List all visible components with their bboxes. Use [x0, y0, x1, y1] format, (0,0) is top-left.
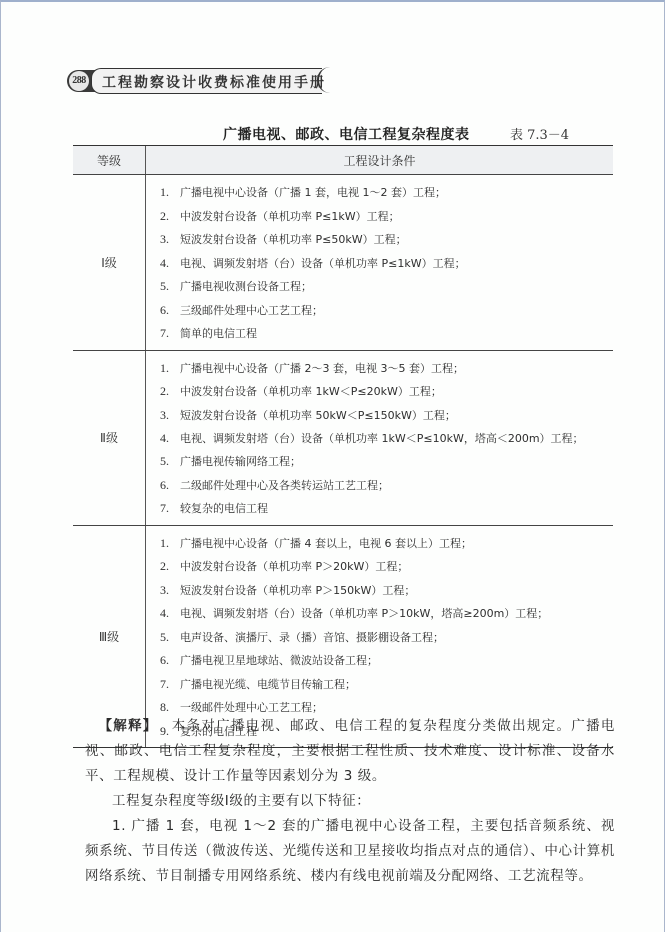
explanation-label: 【解释】 — [99, 718, 158, 734]
list-item: 2.中波发射台设备（单机功率 P＞20kW）工程； — [160, 555, 613, 579]
list-item: 1.广播电视中心设备（广播 4 套以上，电视 6 套以上）工程； — [160, 532, 613, 556]
list-item: 4.电视、调频发射塔（台）设备（单机功率 P≤1kW）工程； — [160, 252, 613, 276]
page-number: 288 — [69, 71, 89, 91]
complexity-table: 等级 工程设计条件 Ⅰ级 1.广播电视中心设备（广播 1 套，电视 1～2 套）… — [73, 145, 613, 748]
page: 288 工程勘察设计收费标准使用手册 广播电视、邮政、电信工程复杂程度表 表 7… — [0, 0, 665, 932]
list-item: 2.中波发射台设备（单机功率 1kW＜P≤20kW）工程； — [160, 380, 613, 404]
running-head: 288 工程勘察设计收费标准使用手册 — [67, 68, 337, 94]
list-item: 7.简单的电信工程 — [160, 322, 613, 346]
list-item: 6.广播电视卫星地球站、微波站设备工程； — [160, 649, 613, 673]
list-item: 6.三级邮件处理中心工艺工程； — [160, 299, 613, 323]
table-title: 广播电视、邮政、电信工程复杂程度表 — [223, 124, 470, 144]
list-item: 3.短波发射台设备（单机功率 P＞150kW）工程； — [160, 579, 613, 603]
list-item: 7.广播电视光缆、电缆节目传输工程； — [160, 673, 613, 697]
list-item: 1.广播电视中心设备（广播 2～3 套，电视 3～5 套）工程； — [160, 357, 613, 381]
list-item: 1.广播电视中心设备（广播 1 套，电视 1～2 套）工程； — [160, 181, 613, 205]
list-item: 2.中波发射台设备（单机功率 P≤1kW）工程； — [160, 205, 613, 229]
list-item: 7.较复杂的电信工程 — [160, 497, 613, 521]
list-item: 4.电视、调频发射塔（台）设备（单机功率 P＞10kW，塔高≥200m）工程； — [160, 602, 613, 626]
table-row-grade-2: Ⅱ级 1.广播电视中心设备（广播 2～3 套，电视 3～5 套）工程； 2.中波… — [73, 351, 613, 526]
explanation-paragraph: 1. 广播 1 套，电视 1～2 套的广播电视中心设备工程，主要包括音频系统、视… — [85, 814, 615, 889]
table-header: 等级 工程设计条件 — [73, 146, 613, 175]
list-item: 5.广播电视收测台设备工程； — [160, 275, 613, 299]
list-item: 5.广播电视传输网络工程； — [160, 450, 613, 474]
list-item: 4.电视、调频发射塔（台）设备（单机功率 1kW＜P≤10kW，塔高＜200m）… — [160, 427, 600, 450]
explanation-paragraph: 【解释】本条对广播电视、邮政、电信工程的复杂程度分类做出规定。广播电视、邮政、电… — [85, 714, 615, 789]
condition-list: 1.广播电视中心设备（广播 1 套，电视 1～2 套）工程； 2.中波发射台设备… — [146, 175, 613, 350]
list-item: 3.短波发射台设备（单机功率 50kW＜P≤150kW）工程； — [160, 404, 613, 428]
grade-label: Ⅱ级 — [73, 351, 146, 525]
book-title-banner: 工程勘察设计收费标准使用手册 — [91, 68, 322, 94]
table-row-grade-1: Ⅰ级 1.广播电视中心设备（广播 1 套，电视 1～2 套）工程； 2.中波发射… — [73, 175, 613, 351]
list-item: 5.电声设备、演播厅、录（播）音馆、摄影棚设备工程； — [160, 626, 613, 650]
header-grade: 等级 — [73, 146, 146, 174]
explanation-paragraph: 工程复杂程度等级Ⅰ级的主要有以下特征： — [85, 789, 615, 814]
table-number: 表 7.3－4 — [510, 124, 569, 143]
header-conditions: 工程设计条件 — [146, 146, 613, 174]
book-title: 工程勘察设计收费标准使用手册 — [102, 72, 326, 92]
list-item: 6.二级邮件处理中心及各类转运站工艺工程； — [160, 474, 613, 498]
list-item: 3.短波发射台设备（单机功率 P≤50kW）工程； — [160, 228, 613, 252]
grade-label: Ⅰ级 — [73, 175, 146, 350]
condition-list: 1.广播电视中心设备（广播 2～3 套，电视 3～5 套）工程； 2.中波发射台… — [146, 351, 613, 525]
explanation-section: 【解释】本条对广播电视、邮政、电信工程的复杂程度分类做出规定。广播电视、邮政、电… — [85, 714, 615, 889]
